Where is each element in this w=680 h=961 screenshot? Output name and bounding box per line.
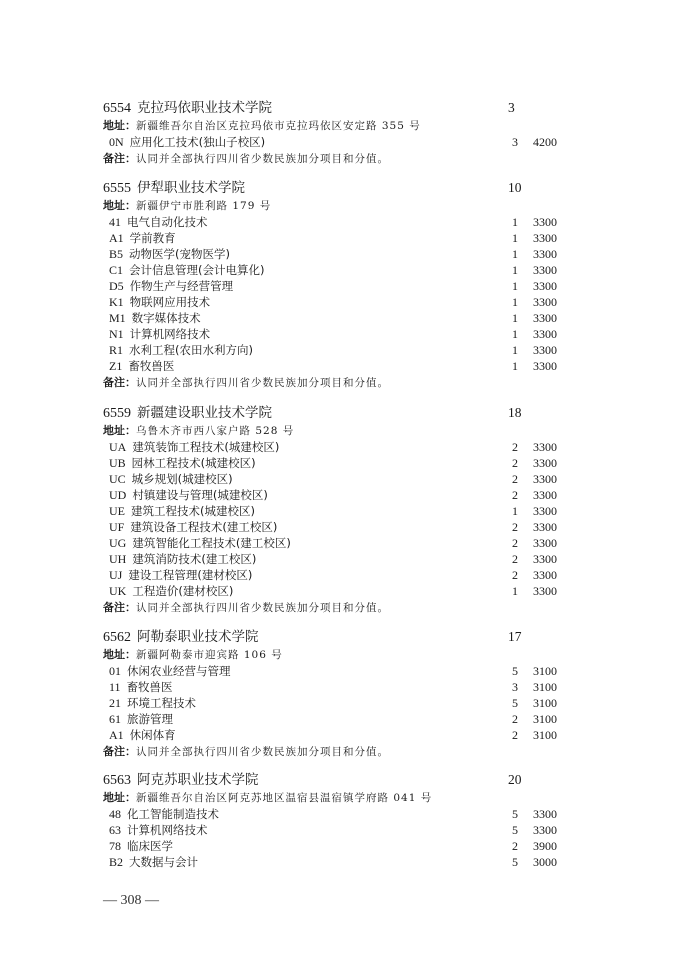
school-total-plan: 10 xyxy=(508,178,522,198)
major-fee: 3300 xyxy=(533,551,557,567)
major-name: 建筑工程技术(城建校区) xyxy=(131,504,255,518)
major-row: 48化工智能制造技术53300 xyxy=(103,806,573,822)
school-address: 地址：新疆伊宁市胜利路 179 号 xyxy=(103,198,573,214)
major-name: 化工智能制造技术 xyxy=(127,807,219,821)
school-name: 伊犁职业技术学院 xyxy=(137,180,245,196)
major-row: UA建筑装饰工程技术(城建校区)23300 xyxy=(103,439,573,455)
major-name: 大数据与会计 xyxy=(129,855,198,869)
major-code: B5 xyxy=(109,246,123,262)
note-label: 备注： xyxy=(103,601,136,614)
major-name: 建筑智能化工程技术(建工校区) xyxy=(132,536,290,550)
school-note: 备注：认同并全部执行四川省少数民族加分项目和分值。 xyxy=(103,150,573,166)
major-fee: 3300 xyxy=(533,214,557,230)
major-name: 村镇建设与管理(城建校区) xyxy=(132,488,267,502)
major-code: 0N xyxy=(109,134,124,150)
major-fee: 3300 xyxy=(533,822,557,838)
major-name: 工程造价(建材校区) xyxy=(132,584,233,598)
address-text: 新疆维吾尔自治区克拉玛依市克拉玛依区安定路 355 号 xyxy=(136,120,421,132)
major-code: 61 xyxy=(109,711,121,727)
major-plan: 1 xyxy=(512,230,518,246)
major-fee: 3300 xyxy=(533,519,557,535)
major-plan: 2 xyxy=(512,535,518,551)
major-fee: 3300 xyxy=(533,471,557,487)
note-text: 认同并全部执行四川省少数民族加分项目和分值。 xyxy=(136,377,389,389)
major-name: 应用化工技术(独山子校区) xyxy=(130,135,265,149)
school-title: 6559新疆建设职业技术学院18 xyxy=(103,403,573,423)
major-row: UH建筑消防技术(建工校区)23300 xyxy=(103,551,573,567)
major-name: 临床医学 xyxy=(127,839,173,853)
major-plan: 3 xyxy=(512,134,518,150)
major-plan: 5 xyxy=(512,822,518,838)
major-row: 78临床医学23900 xyxy=(103,838,573,854)
major-code: 48 xyxy=(109,806,121,822)
school-title: 6555伊犁职业技术学院10 xyxy=(103,178,573,198)
major-plan: 5 xyxy=(512,663,518,679)
school-name: 阿勒泰职业技术学院 xyxy=(137,629,259,645)
major-name: 建筑设备工程技术(建工校区) xyxy=(130,520,277,534)
note-label: 备注： xyxy=(103,152,136,165)
major-name: 动物医学(宠物医学) xyxy=(129,247,230,261)
school-block: 6562阿勒泰职业技术学院17地址：新疆阿勒泰市迎宾路 106 号01休闲农业经… xyxy=(103,627,573,759)
major-fee: 3300 xyxy=(533,262,557,278)
major-row: UK工程造价(建材校区)13300 xyxy=(103,583,573,599)
major-row: A1休闲体育23100 xyxy=(103,727,573,743)
address-label: 地址： xyxy=(103,119,136,132)
major-name: 水利工程(农田水利方向) xyxy=(129,343,253,357)
address-text: 新疆伊宁市胜利路 179 号 xyxy=(136,200,271,212)
major-fee: 3300 xyxy=(533,439,557,455)
major-name: 计算机网络技术 xyxy=(130,327,211,341)
major-name: 旅游管理 xyxy=(127,712,173,726)
major-plan: 2 xyxy=(512,487,518,503)
major-fee: 3300 xyxy=(533,310,557,326)
school-title: 6562阿勒泰职业技术学院17 xyxy=(103,627,573,647)
major-row: D5作物生产与经营管理13300 xyxy=(103,278,573,294)
major-row: 61旅游管理23100 xyxy=(103,711,573,727)
major-name: 畜牧兽医 xyxy=(127,680,173,694)
major-row: UE建筑工程技术(城建校区)13300 xyxy=(103,503,573,519)
major-code: UE xyxy=(109,503,125,519)
major-code: D5 xyxy=(109,278,124,294)
major-plan: 1 xyxy=(512,294,518,310)
major-name: 计算机网络技术 xyxy=(127,823,208,837)
major-code: 11 xyxy=(109,679,121,695)
school-block: 6563阿克苏职业技术学院20地址：新疆维吾尔自治区阿克苏地区温宿县温宿镇学府路… xyxy=(103,770,573,870)
major-code: 01 xyxy=(109,663,121,679)
major-row: 0N应用化工技术(独山子校区)34200 xyxy=(103,134,573,150)
major-name: 建设工程管理(建材校区) xyxy=(128,568,252,582)
major-fee: 3300 xyxy=(533,567,557,583)
school-total-plan: 18 xyxy=(508,403,522,423)
major-plan: 1 xyxy=(512,262,518,278)
major-row: A1学前教育13300 xyxy=(103,230,573,246)
major-row: B2大数据与会计53000 xyxy=(103,854,573,870)
major-fee: 3300 xyxy=(533,535,557,551)
major-fee: 3300 xyxy=(533,487,557,503)
major-name: 学前教育 xyxy=(130,231,176,245)
major-code: N1 xyxy=(109,326,124,342)
school-name: 新疆建设职业技术学院 xyxy=(137,405,272,421)
address-label: 地址： xyxy=(103,791,136,804)
school-code: 6559 xyxy=(103,406,131,421)
address-label: 地址： xyxy=(103,648,136,661)
school-note: 备注：认同并全部执行四川省少数民族加分项目和分值。 xyxy=(103,374,573,390)
major-row: M1数字媒体技术13300 xyxy=(103,310,573,326)
school-name: 阿克苏职业技术学院 xyxy=(137,772,259,788)
school-title: 6554克拉玛依职业技术学院3 xyxy=(103,98,573,118)
major-plan: 2 xyxy=(512,711,518,727)
major-plan: 1 xyxy=(512,310,518,326)
major-code: 78 xyxy=(109,838,121,854)
major-code: UA xyxy=(109,439,126,455)
major-row: UG建筑智能化工程技术(建工校区)23300 xyxy=(103,535,573,551)
major-fee: 3300 xyxy=(533,358,557,374)
major-code: C1 xyxy=(109,262,123,278)
major-fee: 3100 xyxy=(533,727,557,743)
major-name: 物联网应用技术 xyxy=(130,295,211,309)
school-title: 6563阿克苏职业技术学院20 xyxy=(103,770,573,790)
note-label: 备注： xyxy=(103,376,136,389)
major-fee: 3100 xyxy=(533,679,557,695)
major-plan: 1 xyxy=(512,278,518,294)
major-row: 21环境工程技术53100 xyxy=(103,695,573,711)
major-code: M1 xyxy=(109,310,126,326)
major-code: UJ xyxy=(109,567,122,583)
major-name: 休闲体育 xyxy=(130,728,176,742)
major-name: 建筑消防技术(建工校区) xyxy=(132,552,256,566)
major-plan: 2 xyxy=(512,838,518,854)
major-name: 城乡规划(城建校区) xyxy=(132,472,233,486)
school-address: 地址：新疆维吾尔自治区阿克苏地区温宿县温宿镇学府路 041 号 xyxy=(103,790,573,806)
major-code: UK xyxy=(109,583,126,599)
major-plan: 5 xyxy=(512,695,518,711)
major-row: R1水利工程(农田水利方向)13300 xyxy=(103,342,573,358)
major-plan: 2 xyxy=(512,519,518,535)
major-name: 园林工程技术(城建校区) xyxy=(132,456,256,470)
major-plan: 2 xyxy=(512,567,518,583)
address-label: 地址： xyxy=(103,199,136,212)
major-plan: 1 xyxy=(512,583,518,599)
major-fee: 3300 xyxy=(533,278,557,294)
major-row: 63计算机网络技术53300 xyxy=(103,822,573,838)
major-plan: 1 xyxy=(512,246,518,262)
major-fee: 3300 xyxy=(533,294,557,310)
major-code: UF xyxy=(109,519,124,535)
school-code: 6563 xyxy=(103,773,131,788)
major-plan: 2 xyxy=(512,551,518,567)
major-plan: 5 xyxy=(512,854,518,870)
document-page: 6554克拉玛依职业技术学院3地址：新疆维吾尔自治区克拉玛依市克拉玛依区安定路 … xyxy=(0,0,680,961)
school-block: 6554克拉玛依职业技术学院3地址：新疆维吾尔自治区克拉玛依市克拉玛依区安定路 … xyxy=(103,98,573,166)
major-name: 休闲农业经营与管理 xyxy=(127,664,231,678)
major-fee: 3300 xyxy=(533,806,557,822)
major-row: UD村镇建设与管理(城建校区)23300 xyxy=(103,487,573,503)
major-row: C1会计信息管理(会计电算化)13300 xyxy=(103,262,573,278)
major-plan: 2 xyxy=(512,455,518,471)
school-address: 地址：新疆维吾尔自治区克拉玛依市克拉玛依区安定路 355 号 xyxy=(103,118,573,134)
major-row: 41电气自动化技术13300 xyxy=(103,214,573,230)
major-fee: 3300 xyxy=(533,503,557,519)
major-plan: 1 xyxy=(512,342,518,358)
major-plan: 2 xyxy=(512,471,518,487)
major-code: R1 xyxy=(109,342,123,358)
school-code: 6562 xyxy=(103,630,131,645)
major-row: B5动物医学(宠物医学)13300 xyxy=(103,246,573,262)
school-note: 备注：认同并全部执行四川省少数民族加分项目和分值。 xyxy=(103,599,573,615)
major-name: 会计信息管理(会计电算化) xyxy=(129,263,264,277)
school-address: 地址：乌鲁木齐市西八家户路 528 号 xyxy=(103,423,573,439)
major-fee: 3300 xyxy=(533,230,557,246)
major-code: Z1 xyxy=(109,358,122,374)
major-name: 建筑装饰工程技术(城建校区) xyxy=(132,440,279,454)
major-row: K1物联网应用技术13300 xyxy=(103,294,573,310)
school-code: 6555 xyxy=(103,181,131,196)
note-label: 备注： xyxy=(103,745,136,758)
major-code: 21 xyxy=(109,695,121,711)
major-fee: 3100 xyxy=(533,695,557,711)
major-row: N1计算机网络技术13300 xyxy=(103,326,573,342)
address-text: 新疆阿勒泰市迎宾路 106 号 xyxy=(136,649,283,661)
major-fee: 4200 xyxy=(533,134,557,150)
major-row: 01休闲农业经营与管理53100 xyxy=(103,663,573,679)
major-fee: 3100 xyxy=(533,663,557,679)
major-code: A1 xyxy=(109,727,124,743)
major-plan: 1 xyxy=(512,358,518,374)
note-text: 认同并全部执行四川省少数民族加分项目和分值。 xyxy=(136,602,389,614)
major-code: K1 xyxy=(109,294,124,310)
major-row: UC城乡规划(城建校区)23300 xyxy=(103,471,573,487)
major-code: A1 xyxy=(109,230,124,246)
school-note: 备注：认同并全部执行四川省少数民族加分项目和分值。 xyxy=(103,743,573,759)
school-total-plan: 3 xyxy=(508,98,515,118)
major-code: UC xyxy=(109,471,126,487)
school-address: 地址：新疆阿勒泰市迎宾路 106 号 xyxy=(103,647,573,663)
school-block: 6555伊犁职业技术学院10地址：新疆伊宁市胜利路 179 号41电气自动化技术… xyxy=(103,178,573,390)
school-total-plan: 20 xyxy=(508,770,522,790)
note-text: 认同并全部执行四川省少数民族加分项目和分值。 xyxy=(136,746,389,758)
major-code: UD xyxy=(109,487,126,503)
major-row: 11畜牧兽医33100 xyxy=(103,679,573,695)
major-name: 作物生产与经营管理 xyxy=(130,279,234,293)
address-text: 新疆维吾尔自治区阿克苏地区温宿县温宿镇学府路 041 号 xyxy=(136,792,432,804)
major-plan: 1 xyxy=(512,214,518,230)
major-fee: 3300 xyxy=(533,583,557,599)
major-code: 41 xyxy=(109,214,121,230)
major-plan: 3 xyxy=(512,679,518,695)
major-fee: 3900 xyxy=(533,838,557,854)
school-block: 6559新疆建设职业技术学院18地址：乌鲁木齐市西八家户路 528 号UA建筑装… xyxy=(103,403,573,615)
major-code: 63 xyxy=(109,822,121,838)
major-fee: 3000 xyxy=(533,854,557,870)
major-code: UG xyxy=(109,535,126,551)
major-row: UF建筑设备工程技术(建工校区)23300 xyxy=(103,519,573,535)
major-fee: 3300 xyxy=(533,246,557,262)
major-code: UB xyxy=(109,455,126,471)
school-total-plan: 17 xyxy=(508,627,522,647)
major-plan: 5 xyxy=(512,806,518,822)
address-label: 地址： xyxy=(103,424,136,437)
major-plan: 2 xyxy=(512,727,518,743)
address-text: 乌鲁木齐市西八家户路 528 号 xyxy=(136,425,294,437)
major-fee: 3300 xyxy=(533,455,557,471)
major-name: 数字媒体技术 xyxy=(132,311,201,325)
major-plan: 1 xyxy=(512,503,518,519)
major-fee: 3300 xyxy=(533,326,557,342)
note-text: 认同并全部执行四川省少数民族加分项目和分值。 xyxy=(136,153,389,165)
major-code: UH xyxy=(109,551,126,567)
major-name: 电气自动化技术 xyxy=(127,215,208,229)
major-row: UB园林工程技术(城建校区)23300 xyxy=(103,455,573,471)
page-number: — 308 — xyxy=(103,893,159,909)
major-plan: 1 xyxy=(512,326,518,342)
major-row: UJ建设工程管理(建材校区)23300 xyxy=(103,567,573,583)
school-name: 克拉玛依职业技术学院 xyxy=(137,100,272,116)
major-fee: 3100 xyxy=(533,711,557,727)
major-plan: 2 xyxy=(512,439,518,455)
major-code: B2 xyxy=(109,854,123,870)
school-code: 6554 xyxy=(103,101,131,116)
major-name: 环境工程技术 xyxy=(127,696,196,710)
major-name: 畜牧兽医 xyxy=(128,359,174,373)
major-row: Z1畜牧兽医13300 xyxy=(103,358,573,374)
major-fee: 3300 xyxy=(533,342,557,358)
